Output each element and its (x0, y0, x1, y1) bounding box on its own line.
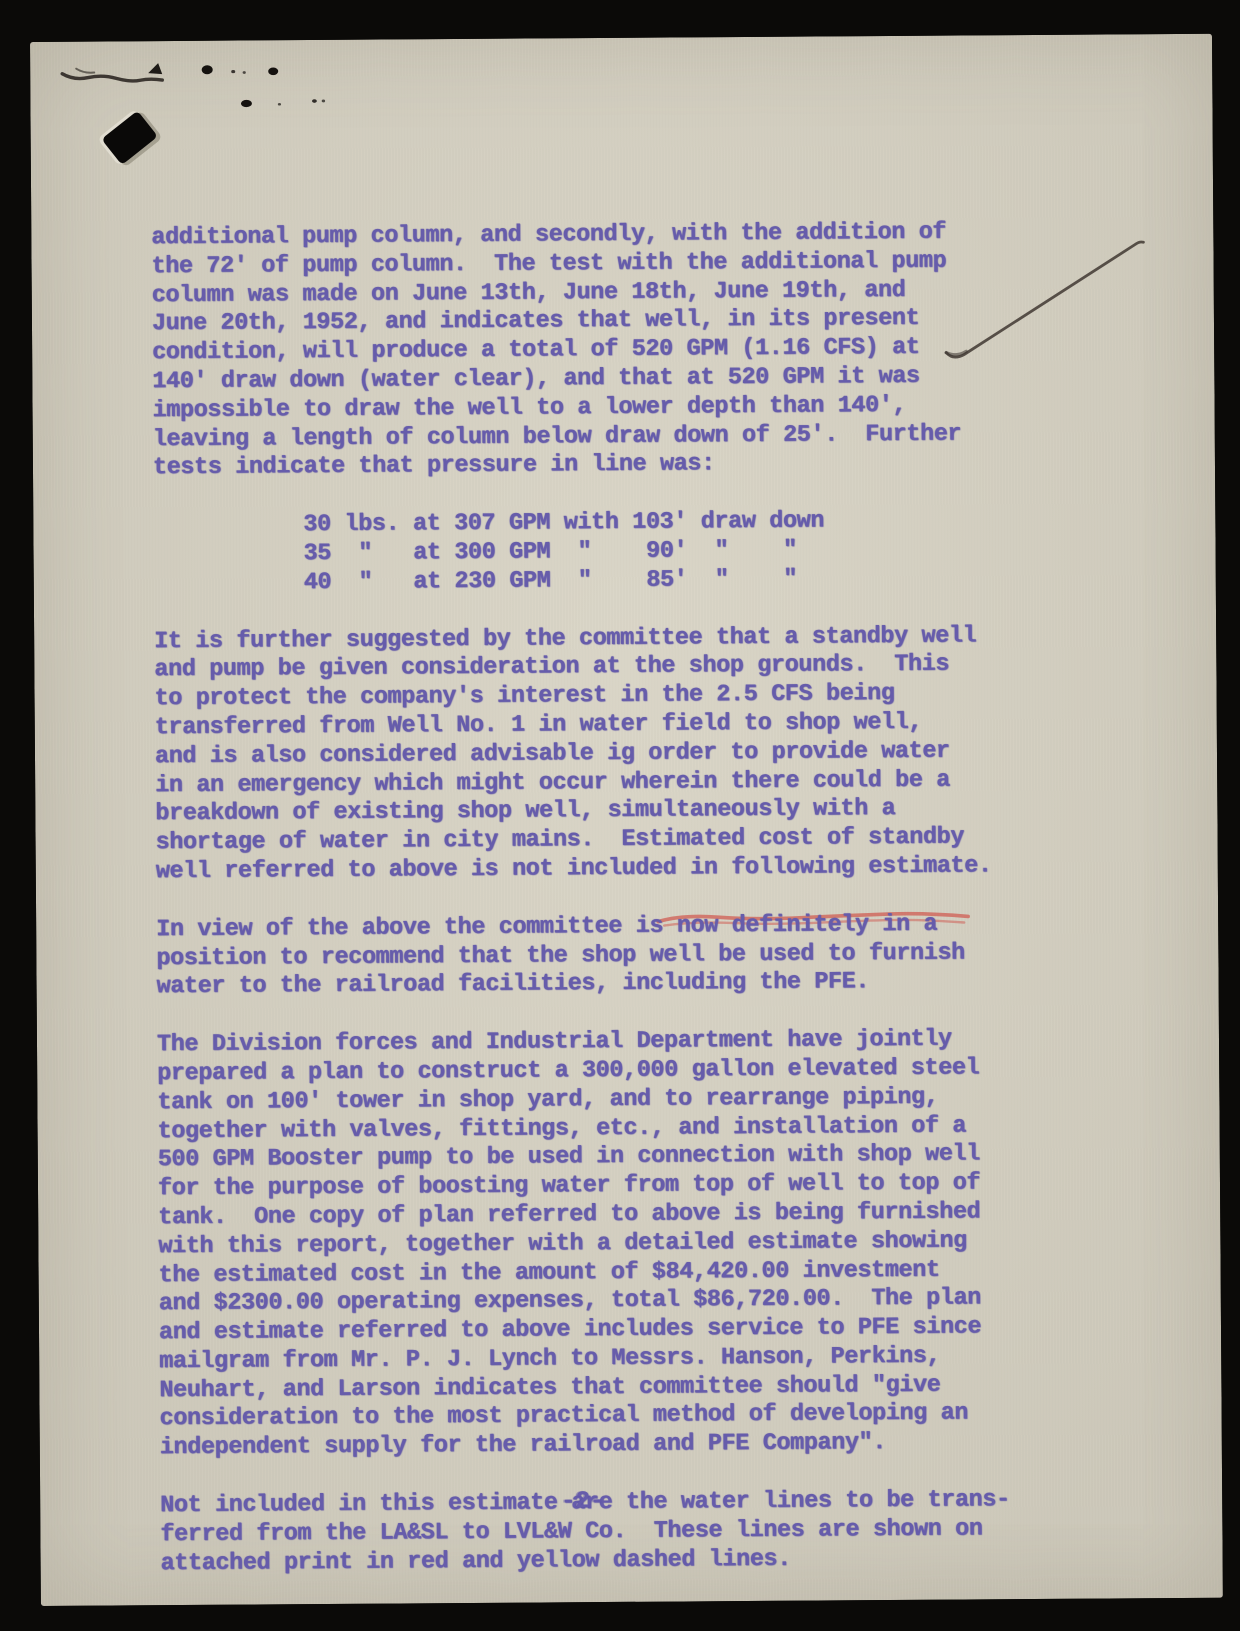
paragraph-recommendation: In view of the above the committee is no… (156, 909, 1077, 1002)
punch-hole (101, 111, 158, 165)
paper-sheet: additional pump column, and secondly, wi… (30, 34, 1223, 1606)
page-number: -2- (561, 1488, 604, 1515)
pressure-table: 30 lbs. at 307 GPM with 103' draw down 3… (303, 506, 1074, 598)
typed-text-column: additional pump column, and secondly, wi… (151, 218, 1081, 1608)
paragraph-plan-estimate: The Division forces and Industrial Depar… (157, 1025, 1080, 1463)
paragraph-water-lines: Not included in this estimate are the wa… (160, 1486, 1081, 1579)
paragraph-pump-test: additional pump column, and secondly, wi… (151, 218, 1073, 484)
paragraph-standby-well: It is further suggested by the committee… (154, 621, 1076, 887)
